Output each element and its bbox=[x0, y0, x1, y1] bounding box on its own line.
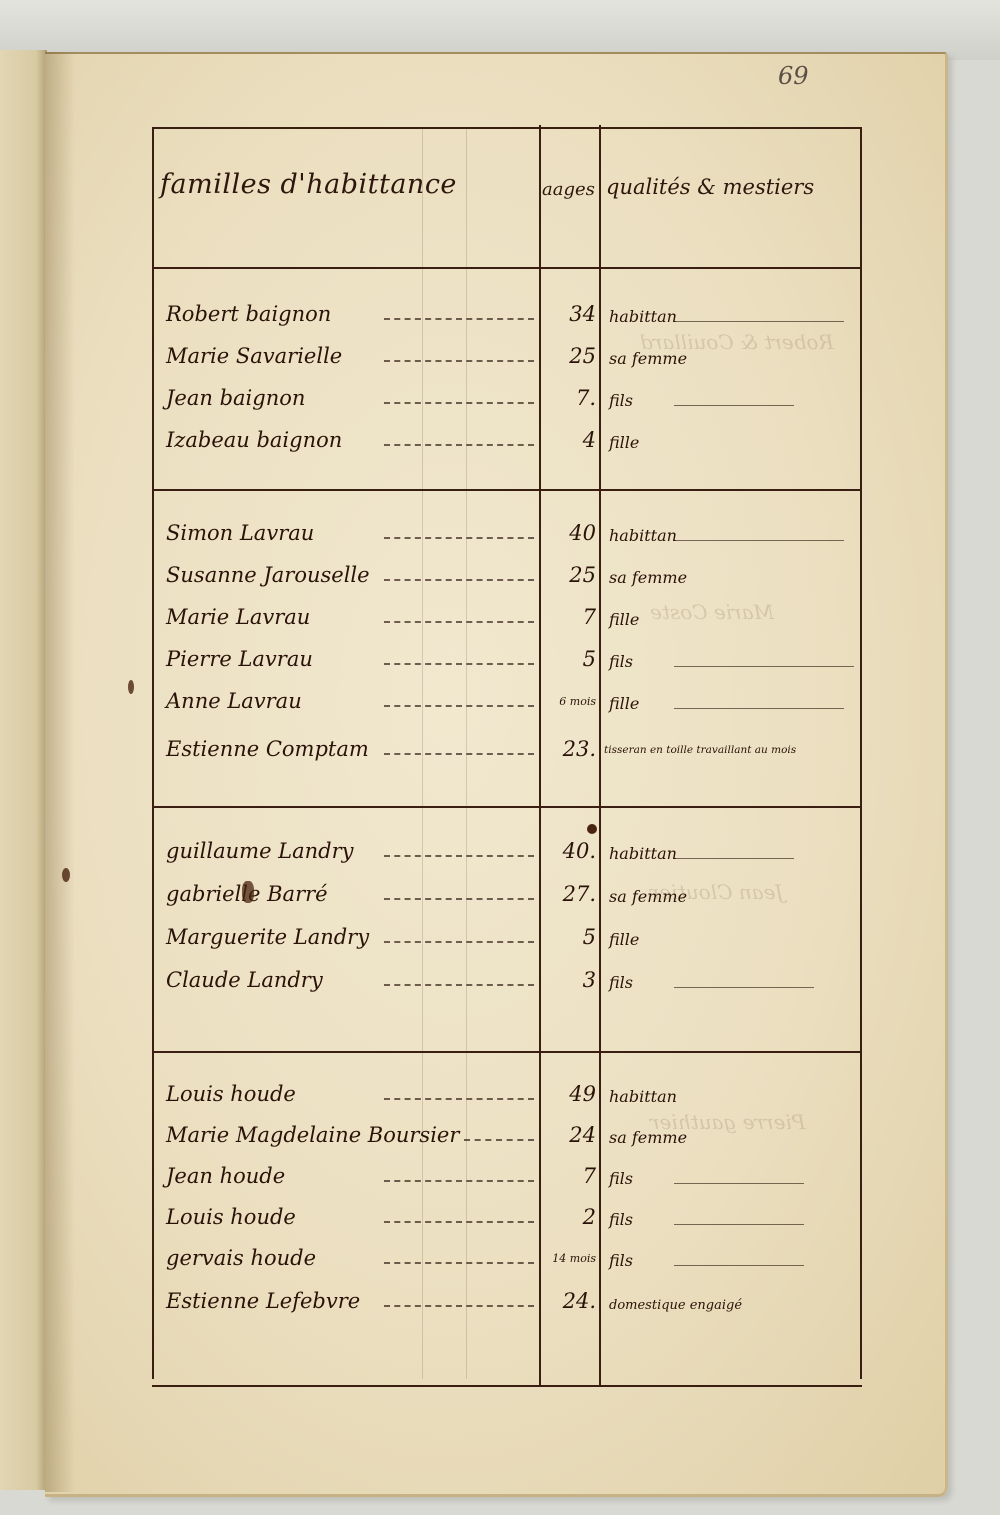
leader-dots bbox=[384, 855, 534, 857]
table-row: Pierre Lavrau 5 fils bbox=[154, 637, 860, 677]
leader-dots bbox=[384, 1305, 534, 1307]
table-row: Izabeau baignon 4 fille bbox=[154, 418, 860, 458]
leader-dots bbox=[384, 984, 534, 986]
table-row: Marie Magdelaine Boursier 24 sa femme bbox=[154, 1113, 860, 1153]
person-age: 14 mois bbox=[544, 1252, 596, 1265]
person-quality: sa femme bbox=[609, 887, 687, 906]
person-quality: habittan bbox=[609, 307, 677, 326]
ink-blot bbox=[587, 824, 597, 834]
leader-dots bbox=[384, 1180, 534, 1182]
flourish-line bbox=[674, 1265, 804, 1266]
leader-dots bbox=[384, 579, 534, 581]
person-quality: fille bbox=[609, 433, 639, 452]
family-divider bbox=[152, 806, 862, 808]
family-divider bbox=[152, 1051, 862, 1053]
table-row: gabrielle Barré 27. sa femme bbox=[154, 872, 860, 912]
person-quality: fils bbox=[609, 1169, 633, 1188]
person-age: 5 bbox=[544, 647, 596, 671]
person-quality: fils bbox=[609, 391, 633, 410]
table-row: guillaume Landry 40. habittan bbox=[154, 829, 860, 869]
person-name: Louis houde bbox=[166, 1082, 296, 1106]
table-row: Simon Lavrau 40 habittan bbox=[154, 511, 860, 551]
table-row: Susanne Jarouselle 25 sa femme bbox=[154, 553, 860, 593]
table-row: Estienne Comptam 23. tisseran en toille … bbox=[154, 727, 860, 767]
person-quality: sa femme bbox=[609, 568, 687, 587]
table-row: Marie Savarielle 25 sa femme bbox=[154, 334, 860, 374]
person-name: Claude Landry bbox=[166, 968, 323, 992]
table-row: Robert baignon 34 habittan bbox=[154, 292, 860, 332]
flourish-line bbox=[674, 1224, 804, 1225]
person-name: Estienne Comptam bbox=[166, 737, 369, 761]
flourish-line bbox=[674, 1183, 804, 1184]
leader-dots bbox=[384, 621, 534, 623]
leader-dots bbox=[384, 663, 534, 665]
person-age: 24. bbox=[544, 1289, 596, 1313]
header-divider bbox=[152, 267, 862, 269]
person-name: Simon Lavrau bbox=[166, 521, 314, 545]
person-name: Jean houde bbox=[166, 1164, 285, 1188]
person-quality: fils bbox=[609, 1251, 633, 1270]
person-age: 25 bbox=[544, 563, 596, 587]
person-name: guillaume Landry bbox=[166, 839, 354, 863]
flourish-line bbox=[674, 858, 794, 859]
leader-dots bbox=[384, 705, 534, 707]
person-name: Marie Magdelaine Boursier bbox=[166, 1123, 459, 1147]
census-table: familles d'habittance aages qualités & m… bbox=[152, 127, 862, 1379]
leader-dots bbox=[384, 1098, 534, 1100]
person-quality: fille bbox=[609, 610, 639, 629]
person-age: 3 bbox=[544, 968, 596, 992]
facing-page-edge bbox=[0, 50, 47, 1490]
person-quality: fils bbox=[609, 973, 633, 992]
person-quality: tisseran en toille travaillant au mois bbox=[604, 744, 796, 756]
leader-dots bbox=[384, 444, 534, 446]
person-age: 5 bbox=[544, 925, 596, 949]
person-age: 40 bbox=[544, 521, 596, 545]
ink-blot bbox=[128, 680, 134, 694]
person-name: Robert baignon bbox=[166, 302, 331, 326]
leader-dots bbox=[384, 318, 534, 320]
person-quality: fille bbox=[609, 930, 639, 949]
person-quality: habittan bbox=[609, 844, 677, 863]
flourish-line bbox=[674, 987, 814, 988]
table-row: Marguerite Landry 5 fille bbox=[154, 915, 860, 955]
table-row: Claude Landry 3 fils bbox=[154, 958, 860, 998]
person-quality: sa femme bbox=[609, 349, 687, 368]
leader-dots bbox=[384, 537, 534, 539]
person-name: Izabeau baignon bbox=[166, 428, 342, 452]
ink-blot bbox=[62, 868, 70, 882]
person-name: Marie Lavrau bbox=[166, 605, 310, 629]
leader-dots bbox=[384, 402, 534, 404]
person-age: 7. bbox=[544, 386, 596, 410]
person-age: 7 bbox=[544, 1164, 596, 1188]
table-row: gervais houde 14 mois fils bbox=[154, 1236, 860, 1276]
person-quality: habittan bbox=[609, 1087, 677, 1106]
family-divider bbox=[152, 489, 862, 491]
person-name: Anne Lavrau bbox=[166, 689, 302, 713]
person-name: Estienne Lefebvre bbox=[166, 1289, 360, 1313]
person-age: 25 bbox=[544, 344, 596, 368]
folio-number: 69 bbox=[778, 62, 809, 90]
table-row: Louis houde 2 fils bbox=[154, 1195, 860, 1235]
person-name: Pierre Lavrau bbox=[166, 647, 313, 671]
column-header-quality: qualités & mestiers bbox=[606, 175, 814, 199]
person-age: 6 mois bbox=[544, 695, 596, 708]
flourish-line bbox=[674, 405, 794, 406]
person-age: 24 bbox=[544, 1123, 596, 1147]
leader-dots bbox=[384, 1221, 534, 1223]
person-name: Jean baignon bbox=[166, 386, 305, 410]
person-quality: domestique engaigé bbox=[609, 1298, 742, 1313]
person-name: Louis houde bbox=[166, 1205, 296, 1229]
person-age: 49 bbox=[544, 1082, 596, 1106]
person-quality: fils bbox=[609, 1210, 633, 1229]
column-header-age: aages bbox=[542, 179, 595, 200]
leader-dots bbox=[384, 753, 534, 755]
person-name: Susanne Jarouselle bbox=[166, 563, 370, 587]
person-age: 4 bbox=[544, 428, 596, 452]
leader-dots bbox=[464, 1139, 534, 1141]
table-row: Anne Lavrau 6 mois fille bbox=[154, 679, 860, 719]
person-age: 7 bbox=[544, 605, 596, 629]
person-quality: fille bbox=[609, 694, 639, 713]
person-quality: habittan bbox=[609, 526, 677, 545]
leader-dots bbox=[384, 360, 534, 362]
column-header-families: familles d'habittance bbox=[160, 169, 457, 200]
person-name: Marie Savarielle bbox=[166, 344, 342, 368]
leader-dots bbox=[384, 941, 534, 943]
flourish-line bbox=[674, 540, 844, 541]
table-row: Marie Lavrau 7 fille bbox=[154, 595, 860, 635]
flourish-line bbox=[674, 666, 854, 667]
backdrop bbox=[0, 0, 1000, 60]
table-bottom-border bbox=[152, 1385, 862, 1387]
person-quality: sa femme bbox=[609, 1128, 687, 1147]
flourish-line bbox=[674, 708, 844, 709]
person-age: 23. bbox=[544, 737, 596, 761]
person-age: 2 bbox=[544, 1205, 596, 1229]
leader-dots bbox=[384, 1262, 534, 1264]
person-name: gervais houde bbox=[166, 1246, 316, 1270]
leader-dots bbox=[384, 898, 534, 900]
binding-gutter bbox=[45, 52, 75, 1492]
table-row: Louis houde 49 habittan bbox=[154, 1072, 860, 1112]
person-name: Marguerite Landry bbox=[166, 925, 369, 949]
flourish-line bbox=[674, 321, 844, 322]
table-row: Estienne Lefebvre 24. domestique engaigé bbox=[154, 1279, 860, 1319]
table-row: Jean baignon 7. fils bbox=[154, 376, 860, 416]
person-age: 27. bbox=[544, 882, 596, 906]
person-age: 40. bbox=[544, 839, 596, 863]
person-age: 34 bbox=[544, 302, 596, 326]
person-quality: fils bbox=[609, 652, 633, 671]
ink-blot bbox=[242, 881, 254, 903]
table-row: Jean houde 7 fils bbox=[154, 1154, 860, 1194]
